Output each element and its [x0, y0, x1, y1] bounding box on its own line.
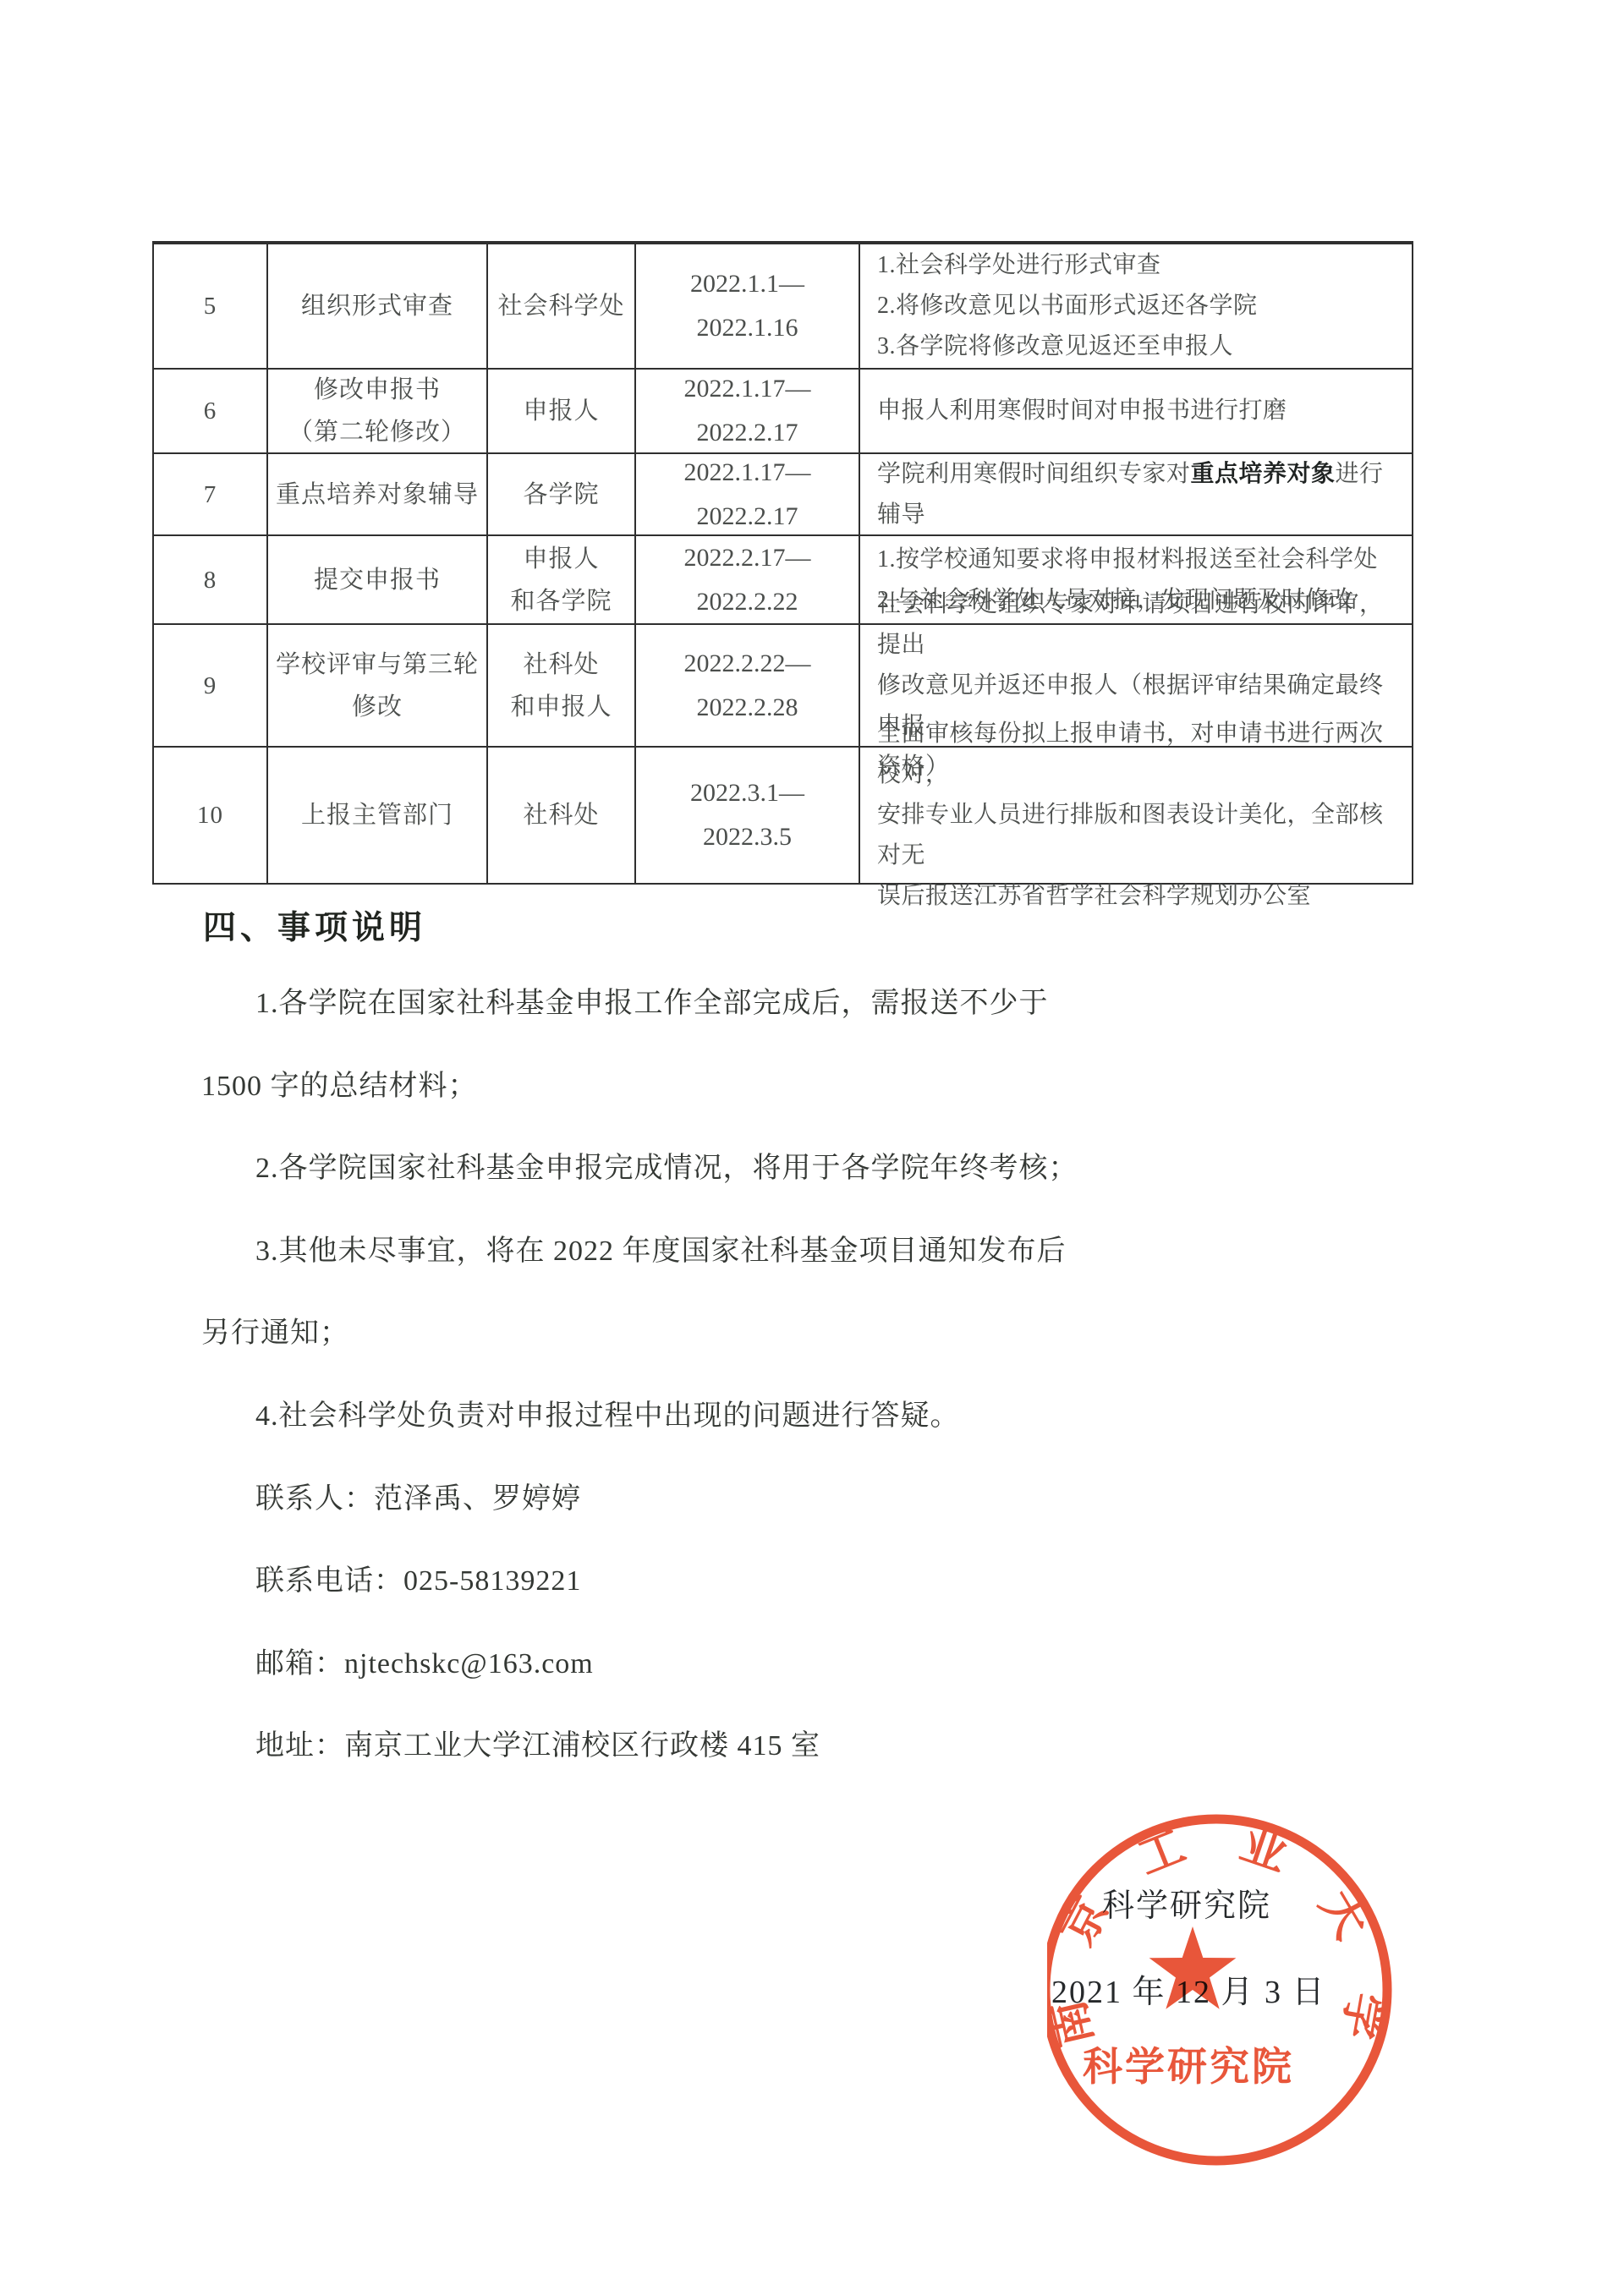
- seal-bottom-text: 科学研究院: [1083, 2044, 1294, 2089]
- seal-ring-text: 南京工业大学: [1047, 1818, 1391, 2051]
- table-cell: 7: [154, 454, 268, 536]
- note-line: 联系电话：025-58139221: [255, 1562, 581, 1601]
- note-line: 邮箱：njtechskc@163.com: [255, 1645, 594, 1684]
- note-line: 2.各学院国家社科基金申报完成情况，将用于各学院年终考核；: [255, 1149, 1078, 1188]
- table-cell: 2022.1.1—2022.1.16: [636, 244, 860, 370]
- star-icon: [1149, 1926, 1237, 2009]
- table-cell: 5: [154, 244, 268, 370]
- table-cell: 2022.2.22—2022.2.28: [636, 625, 860, 748]
- table-cell: 9: [154, 625, 268, 748]
- table-cell: 申报人: [488, 370, 636, 454]
- schedule-table: 5组织形式审查社会科学处2022.1.1—2022.1.161.社会科学处进行形…: [152, 241, 1413, 885]
- table-cell: 学院利用寒假时间组织专家对重点培养对象进行辅导: [860, 454, 1412, 536]
- table-cell: 2022.3.1—2022.3.5: [636, 748, 860, 883]
- table-cell: 8: [154, 536, 268, 625]
- note-line: 4.社会科学处负责对申报过程中出现的问题进行答疑。: [255, 1397, 960, 1436]
- table-cell: 全面审核每份拟上报申请书，对申请书进行两次校对，安排专业人员进行排版和图表设计美…: [860, 748, 1412, 883]
- table-cell: 2022.1.17—2022.2.17: [636, 370, 860, 454]
- table-cell: 2022.1.17—2022.2.17: [636, 454, 860, 536]
- note-line: 3.其他未尽事宜，将在 2022 年度国家社科基金项目通知发布后: [255, 1232, 1067, 1271]
- note-line: 联系人：范泽禹、罗婷婷: [255, 1480, 581, 1519]
- note-line: 1.各学院在国家社科基金申报工作全部完成后，需报送不少于: [255, 984, 1049, 1023]
- section-heading: 四、事项说明: [203, 901, 426, 949]
- note-line: 地址：南京工业大学江浦校区行政楼 415 室: [255, 1727, 820, 1766]
- table-cell: 组织形式审查: [268, 244, 488, 370]
- table-cell: 10: [154, 748, 268, 883]
- note-line: 1500 字的总结材料；: [201, 1067, 478, 1106]
- table-cell: 2022.2.17—2022.2.22: [636, 536, 860, 625]
- table-cell: 上报主管部门: [268, 748, 488, 883]
- table-cell: 提交申报书: [268, 536, 488, 625]
- note-line: 另行通知；: [201, 1314, 349, 1353]
- table-cell: 学校评审与第三轮修改: [268, 625, 488, 748]
- table-cell: 1.社会科学处进行形式审查2.将修改意见以书面形式返还各学院3.各学院将修改意见…: [860, 244, 1412, 370]
- table-cell: 社科处: [488, 748, 636, 883]
- seal-ring: [1047, 1819, 1387, 2161]
- seal-ring-text-holder: 南京工业大学: [1047, 1818, 1391, 2051]
- table-cell: 6: [154, 370, 268, 454]
- table-cell: 各学院: [488, 454, 636, 536]
- table-cell: 社科处和申报人: [488, 625, 636, 748]
- table-cell: 修改申报书（第二轮修改）: [268, 370, 488, 454]
- table-cell: 申报人利用寒假时间对申报书进行打磨: [860, 370, 1412, 454]
- table-cell: 社会科学处: [488, 244, 636, 370]
- table-cell: 重点培养对象辅导: [268, 454, 488, 536]
- table-cell: 申报人和各学院: [488, 536, 636, 625]
- seal-graphic: 南京工业大学 科学研究院: [1047, 1800, 1436, 2189]
